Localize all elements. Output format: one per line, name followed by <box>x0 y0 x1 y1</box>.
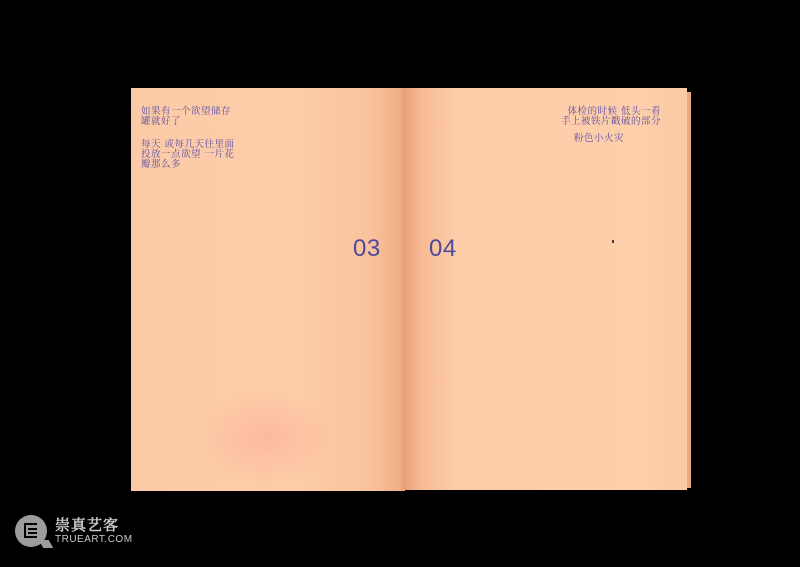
open-booklet: 如果有一个欲望储存 罐就好了 每天 或每几天往里面 投放一点欲望 一片花 瓣那么… <box>131 88 689 492</box>
page-number-right: 04 <box>429 235 457 263</box>
left-text-block-2: 每天 或每几天往里面 投放一点欲望 一片花 瓣那么多 <box>141 140 235 170</box>
watermark-text: 崇真艺客 TRUEART.COM <box>55 517 133 546</box>
ink-speck <box>612 240 614 243</box>
paper-discoloration <box>191 388 341 488</box>
page-number-left: 03 <box>353 235 381 263</box>
watermark-name: 崇真艺客 <box>55 517 133 534</box>
right-text-block-2: 粉色小火灾 <box>574 134 624 144</box>
text-line: 粉色小火灾 <box>574 134 624 144</box>
right-text-block-1: 体检的时候 低头一看 手上被铁片戳破的部分 <box>561 107 661 127</box>
left-page: 如果有一个欲望储存 罐就好了 每天 或每几天往里面 投放一点欲望 一片花 瓣那么… <box>131 88 405 491</box>
text-line: 罐就好了 <box>141 117 231 127</box>
speech-bubble-logo-icon <box>15 515 47 547</box>
text-line: 瓣那么多 <box>141 160 235 170</box>
text-line: 手上被铁片戳破的部分 <box>561 117 661 127</box>
watermark: 崇真艺客 TRUEART.COM <box>15 515 133 547</box>
left-text-block-1: 如果有一个欲望储存 罐就好了 <box>141 107 231 127</box>
right-page: 体检的时候 低头一看 手上被铁片戳破的部分 粉色小火灾 04 <box>405 88 687 490</box>
watermark-url: TRUEART.COM <box>55 534 133 546</box>
page-stack-edge <box>687 92 691 488</box>
